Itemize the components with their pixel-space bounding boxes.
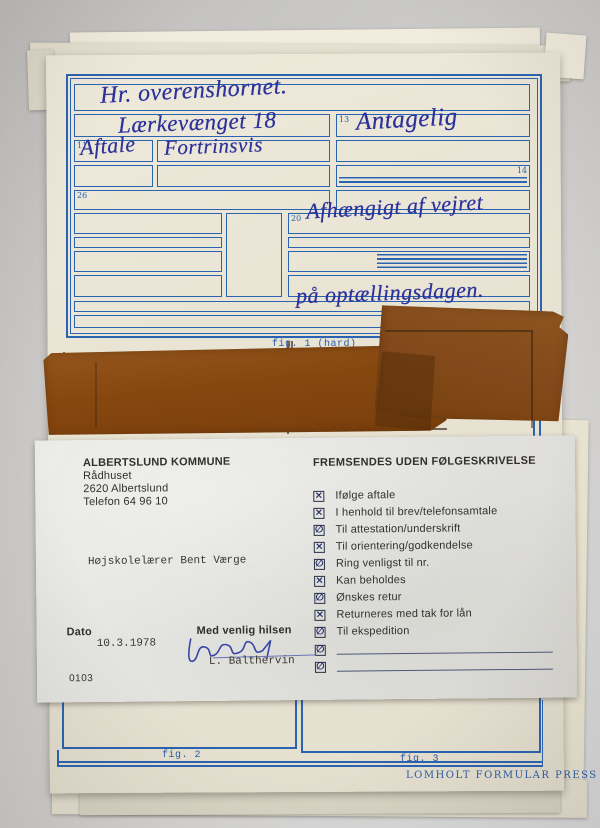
date-label: Dato (67, 626, 92, 639)
form2-bottom-border (62, 747, 296, 749)
sender-phone: Telefon 64 96 10 (83, 495, 168, 509)
form1-row-c-right (336, 140, 530, 162)
form1-cell-14: 14 (336, 165, 530, 187)
checkbox-x-icon: × (314, 576, 325, 587)
checkbox-o-icon: ∅ (314, 593, 325, 604)
handwriting-antagelig: Antagelig (355, 103, 458, 136)
form1-mid-center (226, 213, 282, 297)
write-in-line (337, 669, 553, 672)
recipient-name: Højskolelærer Bent Værge (88, 555, 247, 569)
form1-mid-l2 (74, 237, 222, 248)
form-code: 0103 (69, 673, 93, 684)
pencil-on-tape-v4 (531, 331, 533, 428)
handwriting-fortrinsvis: Fortrinsvis (164, 132, 264, 160)
photo-of-document: 13 11 14 26 20 Hr. overenshornet. Lærkev… (0, 0, 600, 828)
form1-mid-r3 (288, 251, 530, 272)
form2-left-border (62, 698, 64, 749)
form2-right-border (295, 698, 297, 749)
slip-title: FREMSENDES UDEN FØLGESKRIVELSE (313, 455, 536, 470)
form1-mid-l3 (74, 251, 222, 272)
date-value: 10.3.1978 (97, 637, 157, 650)
form1-mid-r2 (288, 237, 530, 248)
checkbox-o-icon: ∅ (314, 525, 325, 536)
handwriting-aftale: Aftale (79, 131, 136, 161)
form2-caption: fig. 2 (162, 750, 201, 761)
write-in-line (337, 652, 553, 655)
lower-form-outer-line2 (57, 765, 543, 767)
form3-left-border (301, 698, 303, 753)
pencil-on-tape-v1 (95, 362, 97, 428)
checkbox-o-icon: ∅ (314, 559, 325, 570)
sender-address-2: 2620 Albertslund (83, 482, 168, 496)
lower-form-outer-line1 (57, 761, 543, 763)
form1-mid-l4 (74, 275, 222, 297)
checkbox-x-icon: × (314, 610, 325, 621)
form3-right-border (539, 698, 541, 753)
form1-mid-l1 (74, 213, 222, 234)
form1-row-d-mid (157, 165, 330, 187)
checkbox-x-icon: × (314, 542, 325, 553)
lower-form-outer-right (542, 700, 544, 766)
signature-name: L. Balthervin (209, 655, 295, 668)
form3-caption: fig. 3 (400, 754, 439, 765)
checkbox-x-icon: × (313, 508, 324, 519)
checkbox-x-icon: × (313, 491, 324, 502)
printer-credit: LOMHOLT FORMULAR PRESS (406, 770, 598, 781)
form1-cell-26: 26 (74, 190, 330, 210)
lower-form-outer-left (57, 750, 59, 766)
form1-row-d-left (74, 165, 153, 187)
transmittal-slip: ALBERTSLUND KOMMUNE Rådhuset 2620 Albert… (35, 435, 577, 702)
tape-overlap-shadow (375, 351, 436, 431)
sender-address-1: Rådhuset (83, 470, 132, 483)
pencil-on-tape-h3 (385, 330, 533, 332)
form3-bottom-border (301, 751, 540, 753)
sender-name: ALBERTSLUND KOMMUNE (83, 456, 231, 470)
